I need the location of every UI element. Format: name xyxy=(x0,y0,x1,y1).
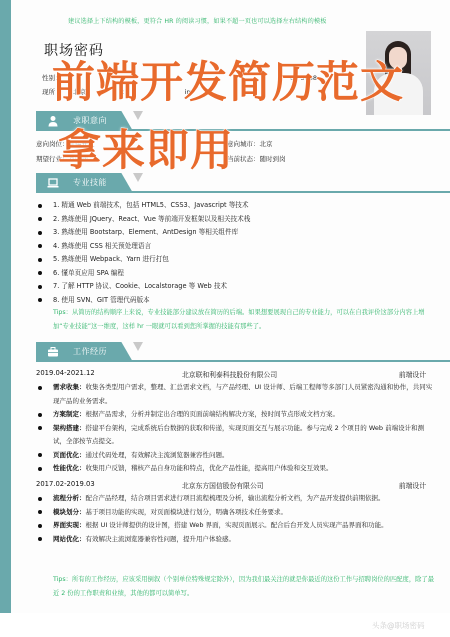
duty-item: 网站优化：有效解决主流浏览器兼容性问题，提升用户体验感。 xyxy=(36,533,436,547)
skill-item: 4. 熟练使用 CSS 相关预处理语言 xyxy=(36,240,441,254)
duty-item: 页面优化：通过代码处理，有效解决主流浏览器兼容性问题。 xyxy=(36,449,436,463)
intent-status: 当前状态：随时到岗 xyxy=(227,154,286,163)
job-duties: 流程分析：配合产品经理，结合项目需求进行项目流程梳理及分析，输出流程分析文档，为… xyxy=(36,492,436,546)
section-title: 工作经历 xyxy=(73,346,107,357)
overlay-headline: 前端开发简历范文 xyxy=(52,58,404,108)
template-hint: 建议选择上下结构的模板，更符合 HR 的阅读习惯，如果不超一页也可以选择左右结构… xyxy=(68,16,327,25)
duty-item: 界面实现：根据 UI 设计师提供的设计图，搭建 Web 界面，实现页面展示。配合… xyxy=(36,519,436,533)
duty-item: 模块划分：基于项目功能的实现，对页面模块进行划分，明确各项技术任务要求。 xyxy=(36,506,436,520)
section-title: 专业技能 xyxy=(73,177,107,188)
skill-item: 8. 使用 SVN、GIT 管理代码版本 xyxy=(36,294,441,308)
skill-item: 6. 懂单页应用 SPA 编程 xyxy=(36,267,441,281)
duty-item: 方案制定：根据产品需求，分析并制定出合理的页面前端结构解决方案，按时间节点形成文… xyxy=(36,408,436,422)
left-accent-bar xyxy=(0,0,11,613)
duty-item: 流程分析：配合产品经理，结合项目需求进行项目流程梳理及分析，输出流程分析文档，为… xyxy=(36,492,436,506)
section-title: 求职意向 xyxy=(73,115,107,126)
job-company: 北京东方国信股份有限公司 xyxy=(182,480,264,490)
section-header-skills: 专业技能 xyxy=(36,173,450,193)
duty-item: 性能优化：收集用户反馈，稽核产品自身功能和特点，优化产品性能，提高用户体验和交互… xyxy=(36,462,436,476)
skills-list: 1. 精通 Web 前端技术，包括 HTML5、CSS3、Javascript … xyxy=(36,199,441,307)
skill-item: 7. 了解 HTTP 协议、Cookie、Localstorage 等 Web … xyxy=(36,280,441,294)
skill-item: 3. 熟练使用 Bootstarp、Element、AntDesign 等相关组… xyxy=(36,226,441,240)
laptop-icon xyxy=(47,177,59,189)
candidate-name: 职场密码 xyxy=(44,40,104,60)
skills-tips: Tips：从简历的结构顺序上来说，专业技能部分建议放在简历的后端。如果想要展现自… xyxy=(53,306,438,334)
duty-item: 架构搭建：搭建平台架构，完成系统后台数据的获取和传递，实现页面交互与展示功能。参… xyxy=(36,422,436,449)
watermark: 头条@职场密码 xyxy=(372,620,425,631)
job-date: 2017.02-2019.03 xyxy=(36,480,95,488)
job-role: 前端设计 xyxy=(399,369,426,379)
section-header-work: 工作经历 xyxy=(36,342,450,362)
skill-item: 1. 精通 Web 前端技术，包括 HTML5、CSS3、Javascript … xyxy=(36,199,441,213)
briefcase-icon xyxy=(47,346,59,358)
skill-item: 2. 熟练使用 JQuery、React、Vue 等前端开发框架以及相关技术栈 xyxy=(36,213,441,227)
skill-item: 5. 熟练使用 Webpack、Yarn 进行打包 xyxy=(36,253,441,267)
job-role: 前端设计 xyxy=(399,480,426,490)
overlay-subheadline: 拿来即用 xyxy=(58,126,234,176)
job-company: 北京联和利泰科技股份有限公司 xyxy=(182,369,277,379)
duty-item: 需求收集：收集各类型用户需求，整理、汇总需求文档，与产品经理、UI 设计师、后端… xyxy=(36,381,436,408)
work-tips: Tips：所有的工作经历，应该采用倒叙（个别单位特殊规定除外），因为我们最关注的… xyxy=(53,573,438,601)
job-date: 2019.04-2021.12 xyxy=(36,369,95,377)
job-duties: 需求收集：收集各类型用户需求，整理、汇总需求文档，与产品经理、UI 设计师、后端… xyxy=(36,381,436,476)
